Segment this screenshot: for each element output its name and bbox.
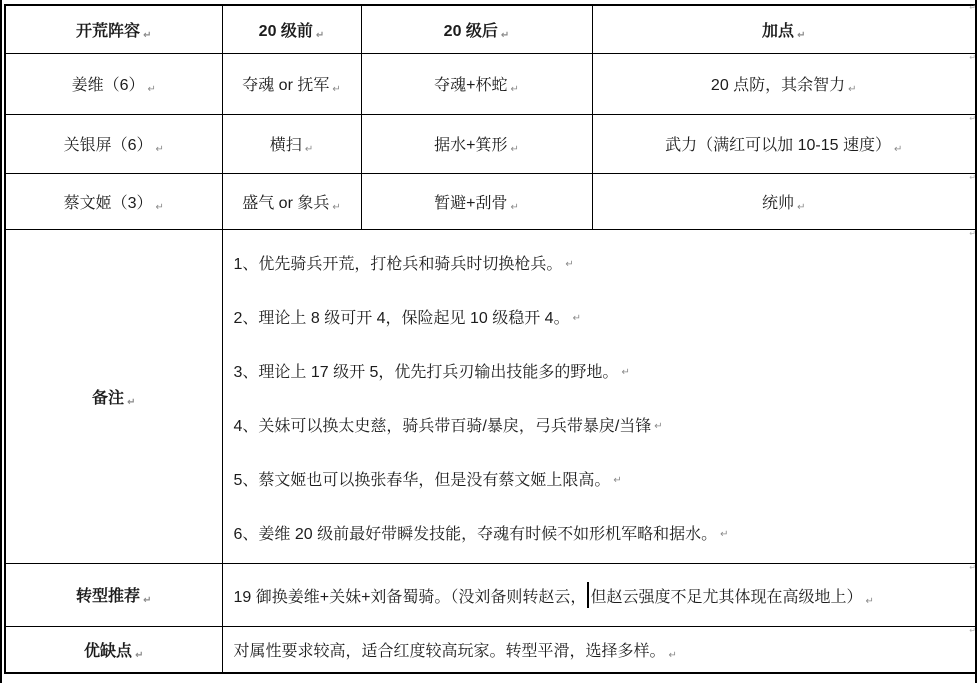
post20-skill-cell[interactable]: 夺魂+杯蛇↵ (361, 53, 592, 114)
hero-name: 蔡文姬（3） (64, 195, 153, 212)
note-text: 4、关妹可以换太史慈，骑兵带百骑/暴戾，弓兵带暴戾/当锋 (234, 413, 652, 436)
header-cell-roster[interactable]: 开荒阵容↵ (5, 5, 222, 53)
table-header-row: 开荒阵容↵ 20 级前↵ 20 级后↵ 加点↵ (5, 5, 976, 53)
paragraph-mark-icon: ↵ (143, 595, 151, 606)
note-text: 2、理论上 8 级可开 4，保险起见 10 级稳开 4。 (234, 305, 570, 328)
notes-content-cell[interactable]: 1、优先骑兵开荒，打枪兵和骑兵时切换枪兵。↵ 2、理论上 8 级可开 4，保险起… (222, 229, 976, 563)
notes-label-cell[interactable]: 备注↵ (5, 229, 222, 563)
pros-cons-label-cell[interactable]: 优缺点↵ (5, 626, 222, 673)
paragraph-mark-icon: ↵ (332, 84, 340, 95)
post20-skill: 据水+箕形 (434, 137, 507, 154)
points-cell[interactable]: 统帅↵ (592, 173, 976, 229)
note-item: 5、蔡文姬也可以换张春华，但是没有蔡文姬上限高。↵ (234, 452, 966, 506)
pros-cons-text: 对属性要求较高，适合红度较高玩家。转型平滑，选择多样。 (234, 643, 666, 660)
note-item: 6、姜维 20 级前最好带瞬发技能，夺魂有时候不如形机军略和据水。↵ (234, 506, 966, 560)
pre20-skill: 盛气 or 象兵 (242, 195, 329, 212)
paragraph-mark-icon: ↵ (565, 259, 573, 270)
paragraph-mark-icon: ↵ (797, 30, 805, 41)
pre20-skill-cell[interactable]: 夺魂 or 抚军↵ (222, 53, 361, 114)
transition-content-cell[interactable]: 19 御换姜维+关妹+刘备蜀骑。（没刘备则转赵云，但赵云强度不足尤其体现在高级地… (222, 563, 976, 626)
paragraph-mark-icon: ↵ (573, 313, 581, 324)
paragraph-mark-icon: ↵ (156, 144, 164, 155)
notes-label: 备注 (92, 390, 124, 407)
pros-cons-content-cell[interactable]: 对属性要求较高，适合红度较高玩家。转型平滑，选择多样。↵ (222, 626, 976, 673)
transition-text-after-caret: 但赵云强度不足尤其体现在高级地上） (590, 589, 862, 606)
hero-name-cell[interactable]: 蔡文姬（3）↵ (5, 173, 222, 229)
transition-label-cell[interactable]: 转型推荐↵ (5, 563, 222, 626)
paragraph-mark-icon: ↵ (797, 202, 805, 213)
pros-cons-row: 优缺点↵ 对属性要求较高，适合红度较高玩家。转型平滑，选择多样。↵ (5, 626, 976, 673)
points-text: 武力（满红可以加 10-15 速度） (665, 137, 891, 154)
pre20-skill-cell[interactable]: 盛气 or 象兵↵ (222, 173, 361, 229)
paragraph-mark-icon: ↵ (510, 202, 518, 213)
paragraph-mark-icon: ↵ (127, 397, 135, 408)
paragraph-mark-icon: ↵ (613, 475, 621, 486)
note-text: 1、优先骑兵开荒，打枪兵和骑兵时切换枪兵。 (234, 251, 563, 274)
paragraph-mark-icon: ↵ (510, 144, 518, 155)
hero-name: 关银屏（6） (64, 137, 153, 154)
paragraph-mark-icon: ↵ (894, 144, 902, 155)
header-post20-label: 20 级后 (444, 23, 498, 40)
transition-text-before-caret: 19 御换姜维+关妹+刘备蜀骑。（没刘备则转赵云， (234, 589, 587, 606)
pre20-skill: 夺魂 or 抚军 (242, 77, 329, 94)
header-roster-label: 开荒阵容 (76, 23, 140, 40)
points-text: 统帅 (762, 195, 794, 212)
note-item: 3、理论上 17 级开 5，优先打兵刃输出技能多的野地。↵ (234, 344, 966, 398)
note-text: 6、姜维 20 级前最好带瞬发技能，夺魂有时候不如形机军略和据水。 (234, 521, 718, 544)
paragraph-mark-icon: ↵ (332, 202, 340, 213)
post20-skill-cell[interactable]: 暂避+刮骨↵ (361, 173, 592, 229)
note-item: 4、关妹可以换太史慈，骑兵带百骑/暴戾，弓兵带暴戾/当锋↵ (234, 398, 966, 452)
table-row: 关银屏（6）↵ 横扫↵ 据水+箕形↵ 武力（满红可以加 10-15 速度）↵ (5, 114, 976, 173)
note-text: 5、蔡文姬也可以换张春华，但是没有蔡文姬上限高。 (234, 467, 611, 490)
document-page: 开荒阵容↵ 20 级前↵ 20 级后↵ 加点↵ 姜维（6）↵ 夺魂 or 抚军↵… (0, 0, 977, 683)
paragraph-mark-icon: ↵ (621, 367, 629, 378)
header-cell-pre20[interactable]: 20 级前↵ (222, 5, 361, 53)
header-cell-points[interactable]: 加点↵ (592, 5, 976, 53)
paragraph-mark-icon: ↵ (305, 144, 313, 155)
transition-label: 转型推荐 (76, 588, 140, 605)
points-cell[interactable]: 20 点防，其余智力↵ (592, 53, 976, 114)
paragraph-mark-icon: ↵ (148, 84, 156, 95)
table-row: 姜维（6）↵ 夺魂 or 抚军↵ 夺魂+杯蛇↵ 20 点防，其余智力↵ (5, 53, 976, 114)
note-item: 1、优先骑兵开荒，打枪兵和骑兵时切换枪兵。↵ (234, 236, 966, 290)
strategy-table: 开荒阵容↵ 20 级前↵ 20 级后↵ 加点↵ 姜维（6）↵ 夺魂 or 抚军↵… (4, 4, 977, 674)
paragraph-mark-icon: ↵ (135, 650, 143, 661)
note-item: 2、理论上 8 级可开 4，保险起见 10 级稳开 4。↵ (234, 290, 966, 344)
points-cell[interactable]: 武力（满红可以加 10-15 速度）↵ (592, 114, 976, 173)
table-row: 蔡文姬（3）↵ 盛气 or 象兵↵ 暂避+刮骨↵ 统帅↵ (5, 173, 976, 229)
pre20-skill: 横扫 (270, 137, 302, 154)
post20-skill: 夺魂+杯蛇 (434, 77, 507, 94)
header-points-label: 加点 (762, 23, 794, 40)
notes-row: 备注↵ 1、优先骑兵开荒，打枪兵和骑兵时切换枪兵。↵ 2、理论上 8 级可开 4… (5, 229, 976, 563)
note-text: 3、理论上 17 级开 5，优先打兵刃输出技能多的野地。 (234, 359, 619, 382)
post20-skill-cell[interactable]: 据水+箕形↵ (361, 114, 592, 173)
post20-skill: 暂避+刮骨 (434, 195, 507, 212)
paragraph-mark-icon: ↵ (865, 596, 873, 607)
paragraph-mark-icon: ↵ (316, 30, 324, 41)
page-edge-left (0, 0, 2, 683)
hero-name: 姜维（6） (72, 77, 145, 94)
hero-name-cell[interactable]: 关银屏（6）↵ (5, 114, 222, 173)
pros-cons-label: 优缺点 (84, 643, 132, 660)
transition-row: 转型推荐↵ 19 御换姜维+关妹+刘备蜀骑。（没刘备则转赵云，但赵云强度不足尤其… (5, 563, 976, 626)
header-pre20-label: 20 级前 (259, 23, 313, 40)
paragraph-mark-icon: ↵ (720, 529, 728, 540)
paragraph-mark-icon: ↵ (501, 30, 509, 41)
hero-name-cell[interactable]: 姜维（6）↵ (5, 53, 222, 114)
pre20-skill-cell[interactable]: 横扫↵ (222, 114, 361, 173)
points-text: 20 点防，其余智力 (711, 77, 845, 94)
header-cell-post20[interactable]: 20 级后↵ (361, 5, 592, 53)
paragraph-mark-icon: ↵ (156, 202, 164, 213)
paragraph-mark-icon: ↵ (143, 30, 151, 41)
paragraph-mark-icon: ↵ (848, 84, 856, 95)
paragraph-mark-icon: ↵ (654, 421, 662, 432)
paragraph-mark-icon: ↵ (510, 84, 518, 95)
paragraph-mark-icon: ↵ (669, 650, 677, 661)
